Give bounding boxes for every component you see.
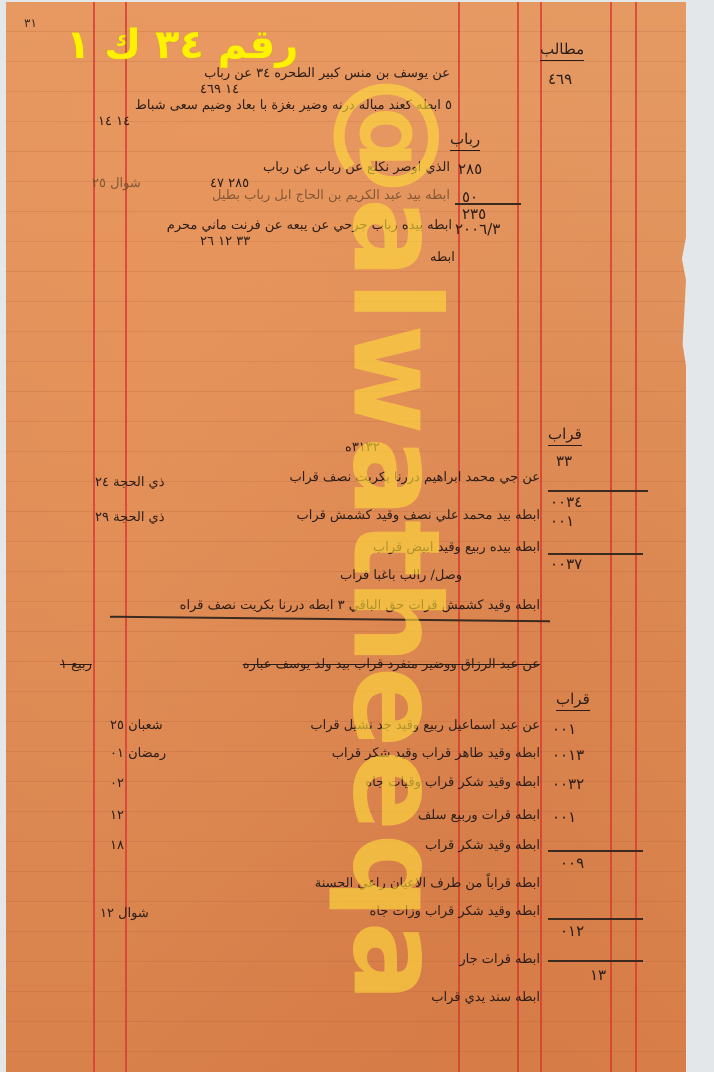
ledger-line-sub: ١٤ ٤٦٩ — [200, 82, 239, 97]
sum-line — [548, 960, 643, 962]
document-label: رقم ٣٤ ك ١ — [66, 22, 298, 68]
ledger-line: ابطه وقيد كشمش قرات حق الباقي ٣ ابطه درر… — [100, 598, 540, 613]
section-heading: مطالب — [540, 40, 584, 61]
ledger-line: ابطه بيد محمد علي نصف وقيد كشمش قراب — [250, 508, 540, 523]
ledger-line: ابطه بيد عبد الكريم بن الحاج ابل رباب بط… — [160, 188, 450, 203]
ledger-marker: ٣١٣٢ه — [345, 440, 380, 455]
ledger-line-struck: عن عبد الرزاق ووضير منفرد قراب بيد ولد ي… — [60, 657, 540, 672]
ledger-line: ابطه وقيد شكر قراب وزات جاه — [290, 904, 540, 919]
ledger-date: ذي الحجة ٢٩ — [95, 510, 165, 525]
amount: ١٣ — [590, 966, 606, 984]
section-heading: قراب — [548, 425, 582, 446]
sum-line — [548, 850, 643, 852]
ruling-line — [93, 2, 95, 1072]
ledger-date: رمضان ٠١ — [110, 746, 166, 761]
ledger-date: ربيع ١ — [60, 657, 92, 672]
amount: ٠٠١ — [552, 808, 576, 826]
ledger-date: ذي الحجة ٢٤ — [95, 475, 165, 490]
section-total: ٤٦٩ — [548, 70, 572, 88]
ledger-line: عن جي محمد ابراهيم دررنا بكريت نصف قراب — [250, 470, 540, 485]
section-heading: قراب — [556, 690, 590, 711]
amount: ٠٠٩ — [560, 854, 584, 872]
amount: ٢٠٠٦/٣ — [455, 220, 500, 238]
ledger-line: ابطه سند يدي قراب — [390, 990, 540, 1005]
ledger-date: شعبان ٢٥ — [110, 718, 163, 733]
sum-line — [548, 918, 643, 920]
ledger-line: ابطه بيده ربيع وقيد ابيض قراب — [300, 540, 540, 555]
amount: ٠٠٣٧ — [550, 555, 582, 573]
sum-line — [548, 490, 648, 492]
ledger-line: ابطه قرات وربيع سلف — [380, 808, 540, 823]
amount: ٠٠١ — [550, 512, 574, 530]
page-number: ٣١ — [24, 16, 37, 30]
ledger-line-sub: ٣٣ ١٢ ٢٦ — [200, 234, 250, 249]
ledger-line: عن يوسف بن منس كبير الطحره ٣٤ عن رباب — [150, 66, 450, 81]
section-heading: رباب — [450, 130, 480, 151]
ruling-line — [610, 2, 612, 1072]
amount: ٢٨٥ — [458, 160, 482, 178]
ledger-line: ابطه وقيد شكر قراب — [400, 838, 540, 853]
ledger-line: ابطه قرات جار — [420, 952, 540, 967]
ruling-line — [540, 2, 542, 1072]
amount: ٠٠١٣ — [552, 746, 584, 764]
amount: ٠٠٣٢ — [552, 775, 584, 793]
ledger-line: وصل/ رالب باغبا قراب — [340, 568, 462, 583]
ledger-date: شوال ٢٥ — [92, 176, 141, 191]
amount: ٠٠٣٤ — [550, 493, 582, 511]
ledger-date: ٠٢ — [110, 776, 124, 791]
ledger-line-sub: ١٤ ١٤ — [98, 114, 130, 129]
section-subtotal: ٣٣ — [556, 452, 572, 470]
ruling-line — [635, 2, 637, 1072]
ledger-date: شوال ١٢ — [100, 906, 149, 921]
ledger-date: ١٨ — [110, 838, 124, 853]
ledger-date: ١٢ — [110, 808, 124, 823]
ledger-line: عن عبد اسماعيل ربيع وقيد جد نشيل قراب — [230, 718, 540, 733]
ledger-line: الذي اوصر نكلع عن رباب عن رباب — [200, 160, 450, 175]
ledger-line: ابطه وقيد شكر قراب وقيات جاه — [290, 775, 540, 790]
ledger-line: ٥ ابطه كعند مباله درنه وضير بغزة با بعاد… — [92, 98, 452, 113]
ledger-line: ابطه وقيد طاهر قراب وقيد شكر قراب — [240, 746, 540, 761]
ledger-line: ابطه قراباً من طرف الاعيان راعي الحسنة — [270, 876, 540, 891]
ledger-line: ابطه — [430, 250, 455, 265]
amount: ٠٠١ — [552, 720, 576, 738]
ledger-line: ابطه بيده رباب جرحي عن يبعه عن فرنت ماني… — [92, 218, 452, 233]
amount: ٠١٢ — [560, 922, 584, 940]
